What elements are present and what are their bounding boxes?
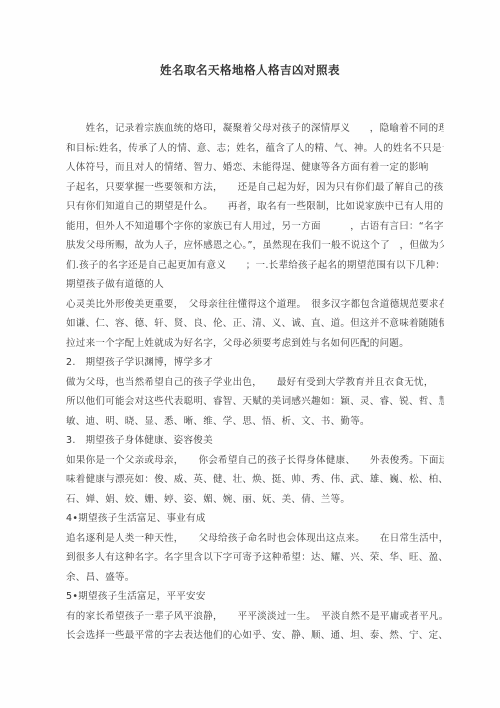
text-line: 2. 期望孩子学识渊博，博学多才 [66,353,444,373]
text-line: 有的家长希望孩子一辈子风平浪静， 平平淡淡过一生。 平淡自然不是平庸或者平凡。 … [66,607,444,627]
text-line: 5•期望孩子生活富足，平平安安 [66,587,444,607]
text-line: 人体符号，而且对人的情绪、智力、婚恋、未能得逞、健康等各方面有着一定的影响 •给… [66,158,444,178]
text-line: 追名逐利是人类一种天性， 父母给孩子命名时也会体现出这点来。 在日常生活中，我们… [66,529,444,549]
text-line: 如果你是一个父亲或母亲， 你会希望自己的孩子长得身体健康、 外表俊秀。下面这些字… [66,451,444,471]
document-title: 姓名取名天格地格人格吉凶对照表 [0,0,500,78]
text-line: 3. 期望孩子身体健康、姿容俊美 [66,431,444,451]
text-line: 期望孩子做有道德的人 [66,275,444,295]
text-line: 拉过来一个字配上姓就成为好名字，父母必须要考虑到姓与名如何匹配的问题。 [66,334,444,354]
document-body: 姓名，记录着宗族血统的烙印，凝聚着父母对孩子的深情厚义 ，隐喻着不同的理想追求和… [66,119,444,646]
text-line: 只有你们知道自己的期望是什么。 再者，取名有一些限制，比如说家族中已有人用的名字… [66,197,444,217]
text-line: 姓名，记录着宗族血统的烙印，凝聚着父母对孩子的深情厚义 ，隐喻着不同的理想追求 [66,119,444,139]
text-line: 余、昌、盛等。 [66,568,444,588]
text-line: 敏、迪、明、晓、显、悉、晰、维、学、思、悟、析、文、书、勤等。 [66,412,444,432]
text-line: 能用，但外人不知道哪个字你的家族已有人用过，另一方面 ，古语有言曰：“名字父母所… [66,217,444,237]
text-line: 石、婵、娟、姣、姗、婷、姿、媚、婉、丽、妩、美、倩、兰等。 [66,490,444,510]
text-line: 们.孩子的名字还是自己起更加有意义 ；一.长辈给孩子起名的期望范围有以下几种： … [66,256,444,276]
text-line: 和目标:姓名，传承了人的情、意、志；姓名，蕴含了人的精、气、神。人的姓名不只是一… [66,139,444,159]
text-line: 所以他们可能会对这些代表聪明、睿智、天赋的美词感兴趣如：颖、灵、睿、锐、哲、慧、 [66,392,444,412]
text-line: 如谦、仁、容、德、轩、贤、良、伦、正、清、义、诚、直、道。但这并不意味着随随便便 [66,314,444,334]
text-line: 味着健康与漂亮如：俊、威、英、健、壮、焕、挺、帅、秀、伟、武、雄、巍、松、柏、山… [66,470,444,490]
text-line: 长会选择一些最平常的字去表达他们的心如乎、安、静、顺、通、坦、泰、然、宁、定、和… [66,626,444,646]
text-line: 子起名，只要掌握一些要领和方法， 还是自己起为好，因为只有你们最了解自己的孩子，… [66,178,444,198]
text-line: 心灵美比外形俊美更重要， 父母亲往往懂得这个道理。 很多汉字都包含道德规范要求在… [66,295,444,315]
text-line: 4•期望孩子生活富足、事业有成 [66,509,444,529]
document-page: 姓名取名天格地格人格吉凶对照表 姓名，记录着宗族血统的烙印，凝聚着父母对孩子的深… [0,0,500,708]
text-line: 做为父母，也当然希望自己的孩子学业出色， 最好有受到大学教育并且衣食无忧， 工作… [66,373,444,393]
text-line: 肤发父母所赐，故为人子，应怀感恩之心。”，虽然现在我们一般不说这个了 ，但做为父… [66,236,444,256]
text-line: 到很多人有这种名字。名字里含以下字可寄予这种希望：达、耀、兴、荣、华、旺、盈、丰… [66,548,444,568]
